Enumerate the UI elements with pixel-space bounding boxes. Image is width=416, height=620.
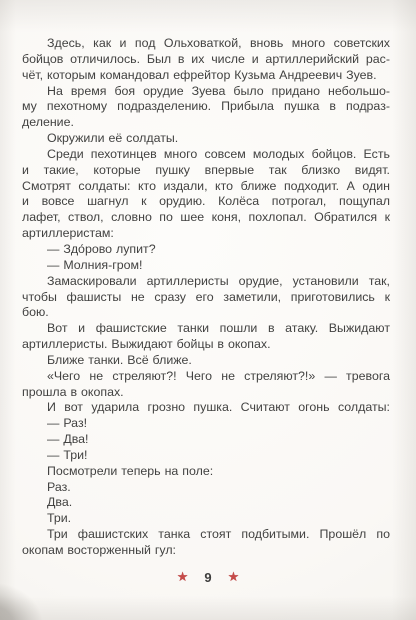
paragraph: Два. bbox=[22, 495, 390, 511]
text-line: И вот ударила грозно пушка. Считают огон… bbox=[22, 400, 390, 416]
paragraph: И вот ударила грозно пушка. Считают огон… bbox=[22, 400, 390, 416]
text-line: бою. bbox=[22, 305, 390, 321]
page-shading-left bbox=[0, 0, 16, 620]
paragraph: Ближе танки. Всё ближе. bbox=[22, 353, 390, 369]
paragraph: — Два! bbox=[22, 432, 390, 448]
page-number: 9 bbox=[204, 571, 211, 584]
text-line: и такие, которые пушку впервые так близк… bbox=[22, 163, 390, 179]
text-line: — Раз! bbox=[22, 416, 390, 432]
book-page: Здесь, как и под Ольховаткой, вновь мног… bbox=[0, 0, 416, 620]
paragraph: Три. bbox=[22, 511, 390, 527]
text-line: чёт, которым командовал ефрейтор Кузьма … bbox=[22, 68, 390, 84]
paragraph: На время боя орудие Зуева было придано н… bbox=[22, 84, 390, 132]
text-line: бойцов отличилось. Был в их числе и арти… bbox=[22, 52, 390, 68]
text-line: Вот и фашистские танки пошли в атаку. Вы… bbox=[22, 321, 390, 337]
paragraph: — Здо́рово лупит? bbox=[22, 242, 390, 258]
paragraph: Посмотрели теперь на поле: bbox=[22, 464, 390, 480]
text-line: Раз. bbox=[22, 480, 390, 496]
text-line: — Три! bbox=[22, 448, 390, 464]
text-line: Три. bbox=[22, 511, 390, 527]
text-line: Замаскировали артиллеристы орудие, устан… bbox=[22, 274, 390, 290]
text-line: прошла в окопах. bbox=[22, 385, 390, 401]
text-line: чтобы фашисты не сразу его заметили, при… bbox=[22, 290, 390, 306]
text-line: артиллеристы. Выжидают бойцы в окопах. bbox=[22, 337, 390, 353]
text-line: Два. bbox=[22, 495, 390, 511]
page-shading-right bbox=[392, 0, 416, 620]
paragraph: Окружили её солдаты. bbox=[22, 131, 390, 147]
text-line: и вовсе шагнул к орудию. Колёса потрогал… bbox=[22, 194, 390, 210]
text-line: му пехотному подразделению. Прибыла пушк… bbox=[22, 99, 390, 115]
text-line: «Чего не стреляют?! Чего не стреляют?!» … bbox=[22, 369, 390, 385]
paragraph: Замаскировали артиллеристы орудие, устан… bbox=[22, 274, 390, 322]
paragraph: — Три! bbox=[22, 448, 390, 464]
text-line: Посмотрели теперь на поле: bbox=[22, 464, 390, 480]
text-line: окопам восторженный гул: bbox=[22, 543, 390, 559]
text-line: Ближе танки. Всё ближе. bbox=[22, 353, 390, 369]
paragraph: Три фашистских танка стоят подбитыми. Пр… bbox=[22, 527, 390, 559]
paragraph: Среди пехотинцев много совсем молодых бо… bbox=[22, 147, 390, 242]
page-footer: ★ 9 ★ bbox=[0, 571, 416, 584]
text-line: деление. bbox=[22, 115, 390, 131]
text-line: Здесь, как и под Ольховаткой, вновь мног… bbox=[22, 36, 390, 52]
text-line: — Молния-гром! bbox=[22, 258, 390, 274]
paragraph: «Чего не стреляют?! Чего не стреляют?!» … bbox=[22, 369, 390, 401]
page-text: Здесь, как и под Ольховаткой, вновь мног… bbox=[22, 36, 390, 559]
text-line: Смотрят солдаты: кто издали, кто ближе п… bbox=[22, 179, 390, 195]
text-line: — Два! bbox=[22, 432, 390, 448]
paragraph: Здесь, как и под Ольховаткой, вновь мног… bbox=[22, 36, 390, 84]
paragraph: — Молния-гром! bbox=[22, 258, 390, 274]
star-icon: ★ bbox=[177, 571, 189, 584]
text-line: Среди пехотинцев много совсем молодых бо… bbox=[22, 147, 390, 163]
page-shading-bottom bbox=[0, 596, 416, 620]
text-line: артиллеристам: bbox=[22, 226, 390, 242]
text-line: Три фашистских танка стоят подбитыми. Пр… bbox=[22, 527, 390, 543]
text-line: На время боя орудие Зуева было придано н… bbox=[22, 84, 390, 100]
text-line: — Здо́рово лупит? bbox=[22, 242, 390, 258]
star-icon: ★ bbox=[228, 571, 240, 584]
text-line: Окружили её солдаты. bbox=[22, 131, 390, 147]
paragraph: Вот и фашистские танки пошли в атаку. Вы… bbox=[22, 321, 390, 353]
paragraph: — Раз! bbox=[22, 416, 390, 432]
page-shading-top bbox=[0, 0, 416, 32]
text-line: лафет, ствол, словно по шее коня, похлоп… bbox=[22, 210, 390, 226]
paragraph: Раз. bbox=[22, 480, 390, 496]
